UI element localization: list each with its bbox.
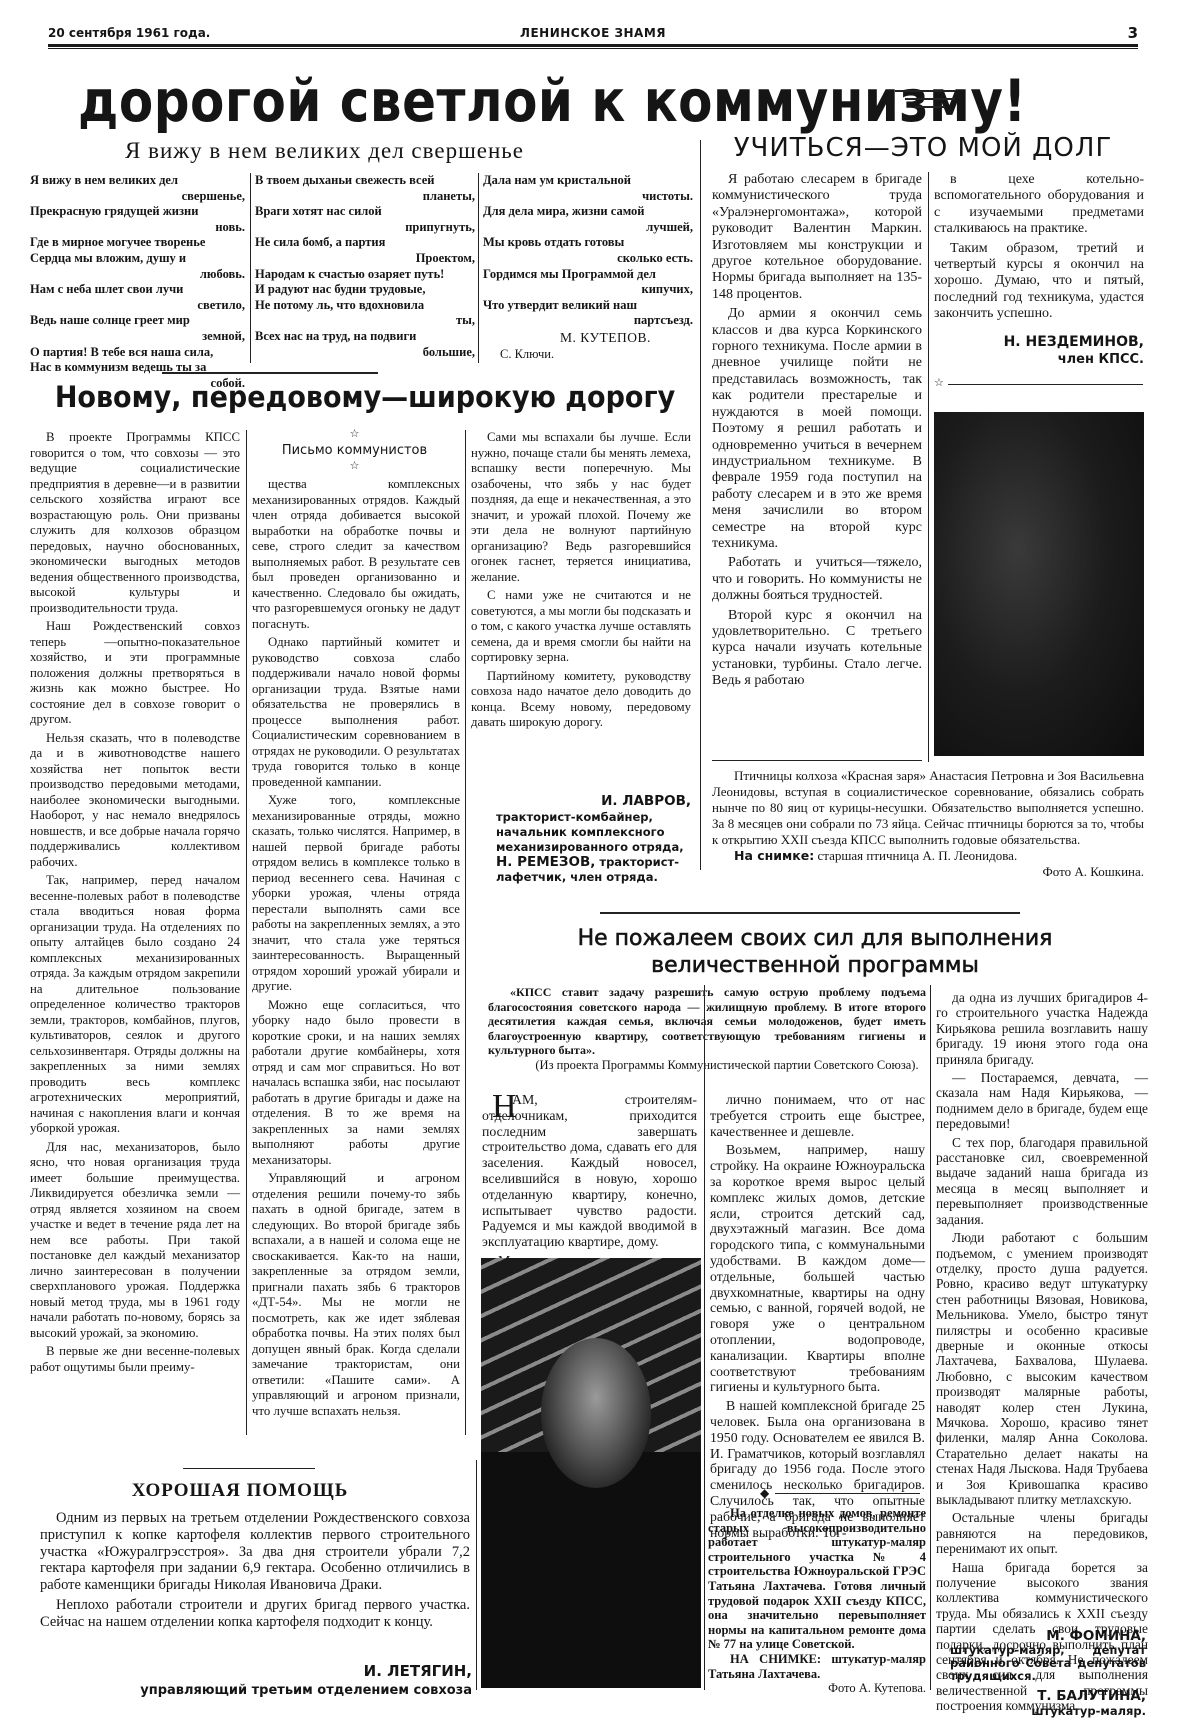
plasterer-photo	[481, 1258, 701, 1688]
banner-decoration	[895, 84, 955, 114]
star-icon: ☆	[934, 376, 944, 389]
article-paragraph: Партийному комитету, руководству совхоза…	[471, 669, 691, 731]
poem-line: партсъезд.	[483, 313, 693, 329]
on-photo-label: НА СНИМКЕ:	[730, 1652, 821, 1666]
poem-line: Ведь наше солнце греет мир	[30, 313, 245, 329]
poem-line: О партия! В тебе вся наша сила,	[30, 345, 245, 361]
diamond-icon: ◆	[760, 1486, 769, 1501]
poem-line: чистоты.	[483, 189, 693, 205]
article-paragraph: Одним из первых на третьем отделении Рож…	[40, 1510, 470, 1594]
separator-rule	[600, 912, 1020, 914]
separator-rule	[775, 1493, 920, 1494]
masthead-rule-thin	[48, 48, 1138, 49]
photo-credit: Фото А. Кутепова.	[708, 1681, 926, 1696]
banner-headline: дорогой светлой к коммунизму!	[78, 68, 1027, 135]
article-paragraph: Наш Рождественский совхоз теперь —опытно…	[30, 619, 240, 728]
poultry-photo-caption: Птичницы колхоза «Красная заря» Анастаси…	[712, 768, 1144, 880]
study-article-signature-title: член КПСС.	[934, 352, 1144, 367]
article-paragraph: Неплохо работали строители и других бриг…	[40, 1597, 470, 1631]
poem-line: любовь.	[30, 267, 245, 283]
program-signature-2-title: штукатур-маляр.	[936, 1704, 1146, 1718]
column-divider	[928, 172, 929, 762]
article-paragraph: Нельзя сказать, что в полеводстве да и в…	[30, 731, 240, 871]
poem-line: лучшей,	[483, 220, 693, 236]
program-epigraph: «КПСС ставит задачу разрешить самую остр…	[488, 985, 926, 1058]
article-paragraph: в цехе котельно-вспомогательного оборудо…	[934, 172, 1144, 238]
letter-article-column-3: Сами мы вспахали бы лучше. Если нужно, п…	[471, 430, 691, 734]
letter-signature-1-title: тракторист-комбайнер, начальник комплекс…	[496, 810, 684, 854]
poem-column-3: Дала нам ум кристальнойчистоты.Для дела …	[483, 173, 693, 329]
on-photo-text: старшая птичница А. П. Леонидова.	[817, 848, 1017, 863]
poem-line: Проектом,	[255, 251, 475, 267]
poem-line: сколько есть.	[483, 251, 693, 267]
poem-author: М. КУТЕПОВ.	[560, 330, 651, 346]
article-paragraph: Для нас, механизаторов, было ясно, что н…	[30, 1140, 240, 1342]
program-article-column-3: да одна из лучших бригадиров 4-го строит…	[936, 990, 1148, 1717]
poem-line: Для дела мира, жизни самой	[483, 204, 693, 220]
article-paragraph: да одна из лучших бригадиров 4-го строит…	[936, 990, 1148, 1067]
section-divider	[700, 140, 701, 870]
newspaper-name: ЛЕНИНСКОЕ ЗНАМЯ	[48, 26, 1138, 40]
column-divider	[478, 173, 479, 363]
program-signature-1: М. ФОМИНА,	[936, 1628, 1146, 1644]
article-paragraph: До армии я окончил семь классов и два ку…	[712, 306, 922, 552]
star-icon: ☆	[252, 427, 457, 440]
page-number: 3	[1128, 24, 1138, 42]
letter-signature-1: И. ЛАВРОВ,	[471, 793, 691, 809]
poem-line: планеты,	[255, 189, 475, 205]
poem-line: светило,	[30, 298, 245, 314]
poem-title: Я вижу в нем великих дел свершенье	[125, 138, 524, 164]
poem-line: ты,	[255, 313, 475, 329]
poem-line: земной,	[30, 329, 245, 345]
help-article-headline: ХОРОШАЯ ПОМОЩЬ	[30, 1480, 450, 1502]
poultry-caption-text: Птичницы колхоза «Красная заря» Анастаси…	[712, 768, 1144, 848]
poem-line: Дала нам ум кристальной	[483, 173, 693, 189]
poem-line: Народам к счастью озаряет путь!	[255, 267, 475, 283]
plasterer-caption-text: На отделке новых домов, ремонте старых в…	[708, 1506, 926, 1652]
photo-credit: Фото А. Кошкина.	[712, 864, 1144, 880]
program-signature-2: Т. БАЛУТИНА,	[936, 1688, 1146, 1704]
article-paragraph: Второй курс я окончил на удовлетворитель…	[712, 608, 922, 690]
poem-line: припугнуть,	[255, 220, 475, 236]
poem-line: Где в мирное могучее творенье	[30, 235, 245, 251]
study-article-signature: Н. НЕЗДЕМИНОВ,	[934, 334, 1144, 350]
article-paragraph: Можно еще согласиться, что уборку надо б…	[252, 998, 460, 1169]
article-paragraph: АМ, строителям-отделочникам, приходится …	[482, 1092, 697, 1250]
letter-signature-2: Н. РЕМЕЗОВ,	[496, 854, 595, 870]
poem-column-2: В твоем дыханьи свежесть всейпланеты,Вра…	[255, 173, 475, 360]
separator-rule	[183, 1468, 315, 1469]
poem-line: Я вижу в нем великих дел	[30, 173, 245, 189]
plasterer-photo-caption: На отделке новых домов, ремонте старых в…	[708, 1506, 926, 1696]
column-divider	[250, 173, 251, 363]
letter-article-headline: Новому, передовому—широкую дорогу	[30, 380, 700, 414]
column-divider	[476, 1460, 477, 1690]
poultry-worker-photo	[934, 412, 1144, 756]
letter-signature-block: тракторист-комбайнер, начальник комплекс…	[496, 810, 694, 885]
poem-line: Всех нас на труд, на подвиги	[255, 329, 475, 345]
article-paragraph: Возьмем, например, нашу стройку. На окра…	[710, 1142, 925, 1395]
poem-line: большие,	[255, 345, 475, 361]
article-paragraph: Работать и учиться—тяжело, что и говорит…	[712, 555, 922, 604]
star-icon: ☆	[252, 459, 457, 472]
study-article-column-1: Я работаю слесарем в бригаде коммунистич…	[712, 172, 922, 693]
poem-place: С. Ключи.	[500, 347, 554, 362]
poem-line: новь.	[30, 220, 245, 236]
poem-column-1: Я вижу в нем великих делсвершенье,Прекра…	[30, 173, 245, 391]
letter-article-column-1: В проекте Программы КПСС говорится о том…	[30, 430, 240, 1378]
poem-line: свершенье,	[30, 189, 245, 205]
program-article-column-2: лично понимаем, что от нас требуется стр…	[710, 1092, 925, 1543]
article-paragraph: В проекте Программы КПСС говорится о том…	[30, 430, 240, 616]
article-paragraph: Сами мы вспахали бы лучше. Если нужно, п…	[471, 430, 691, 585]
letter-article-column-2: щества комплексных механизированных отря…	[252, 477, 460, 1422]
poem-line: Не потому ль, что вдохновила	[255, 298, 475, 314]
poem-line: В твоем дыханьи свежесть всей	[255, 173, 475, 189]
poem-line: Не сила бомб, а партия	[255, 235, 475, 251]
separator-rule	[948, 384, 1143, 385]
article-paragraph: С нами уже не считаются и не советуются,…	[471, 588, 691, 666]
article-paragraph: Однако партийный комитет и руководство с…	[252, 635, 460, 790]
program-headline-line-2: величественной программы	[470, 952, 1160, 979]
masthead-rule	[48, 44, 1138, 47]
poem-line: И радуют нас будни трудовые,	[255, 282, 475, 298]
poem-line: Враги хотят нас силой	[255, 204, 475, 220]
article-paragraph: В первые же дни весенне-полевых работ ощ…	[30, 1344, 240, 1375]
article-paragraph: Управляющий и агроном отделения решили п…	[252, 1171, 460, 1419]
poem-line: Нам с неба шлет свои лучи	[30, 282, 245, 298]
masthead: 20 сентября 1961 года. ЛЕНИНСКОЕ ЗНАМЯ 3	[48, 26, 1138, 46]
program-epigraph-source: (Из проекта Программы Коммунистической п…	[488, 1058, 926, 1073]
column-divider	[704, 985, 705, 1690]
column-divider	[465, 430, 466, 1435]
poem-line: кипучих,	[483, 282, 693, 298]
poem-line: Что утвердит великий наш	[483, 298, 693, 314]
article-paragraph: С тех пор, благодаря правильной расстано…	[936, 1135, 1148, 1227]
program-signature-1-title: штукатур-маляр, депутат районного Совета…	[950, 1644, 1146, 1683]
article-paragraph: Так, например, перед началом весенне-пол…	[30, 873, 240, 1137]
column-divider	[246, 430, 247, 1435]
article-paragraph: Люди работают с большим подъемом, с умен…	[936, 1230, 1148, 1507]
on-photo-label: На снимке:	[734, 848, 814, 863]
program-article-headline: Не пожалеем своих сил для выполнения вел…	[470, 925, 1160, 979]
separator-rule	[162, 372, 378, 374]
article-paragraph: Хуже того, комплексные механизированные …	[252, 793, 460, 995]
article-paragraph: лично понимаем, что от нас требуется стр…	[710, 1092, 925, 1139]
article-paragraph: щества комплексных механизированных отря…	[252, 477, 460, 632]
poem-line: Мы кровь отдать готовы	[483, 235, 693, 251]
help-article-signature: И. ЛЕТЯГИН,	[40, 1662, 472, 1680]
help-article-signature-title: управляющий третьим отделением совхоза	[40, 1683, 472, 1698]
study-article-headline: УЧИТЬСЯ—ЭТО МОЙ ДОЛГ	[708, 133, 1138, 163]
help-article-body: Одним из первых на третьем отделении Рож…	[40, 1510, 470, 1634]
article-paragraph: — Постараемся, девчата, — сказала нам На…	[936, 1070, 1148, 1132]
study-article-column-2: в цехе котельно-вспомогательного оборудо…	[934, 172, 1144, 326]
program-headline-line-1: Не пожалеем своих сил для выполнения	[470, 925, 1160, 952]
article-paragraph: Остальные члены бригады равняются на пер…	[936, 1510, 1148, 1556]
poem-line: Сердца мы вложим, душу и	[30, 251, 245, 267]
letter-article-subhead: Письмо коммунистов	[252, 443, 457, 458]
separator-rule	[712, 760, 922, 761]
poem-line: Прекрасную грядущей жизни	[30, 204, 245, 220]
poem-line: Гордимся мы Программой дел	[483, 267, 693, 283]
column-divider	[930, 985, 931, 1690]
article-paragraph: Я работаю слесарем в бригаде коммунистич…	[712, 172, 922, 303]
article-paragraph: Таким образом, третий и четвертый курсы …	[934, 241, 1144, 323]
